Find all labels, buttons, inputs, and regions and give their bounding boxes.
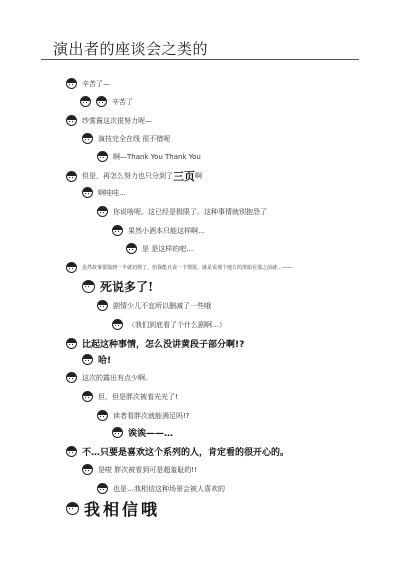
dialogue-text: 辛苦了— <box>82 79 110 89</box>
character-face-icon <box>82 391 93 402</box>
emphasis-text: 三页 <box>173 168 195 184</box>
dialogue-line: 我相信哦 <box>66 497 160 520</box>
dialogue-text: 但，但是胖次被看光光了! <box>98 392 178 402</box>
dialogue-text: 但是，再怎么努力也只分到了 <box>82 171 173 181</box>
character-face-icon <box>66 115 77 126</box>
character-face-icon <box>126 243 137 254</box>
dialogue-line: 也是…我相信这种场景会被人喜欢的 <box>97 483 225 494</box>
character-face-icon <box>66 262 77 273</box>
dialogue-text: 也是…我相信这种场景会被人喜欢的 <box>113 484 225 494</box>
character-face-icon <box>82 187 93 198</box>
dialogue-line: 是 是这样的吧… <box>126 243 193 254</box>
dialogue-line: 读者看胖次就能满足吗!? <box>97 410 190 421</box>
character-face-icon <box>112 319 123 330</box>
dialogue-text: 是 是这样的吧… <box>142 244 193 254</box>
dialogue-text: 读者看胖次就能满足吗!? <box>113 411 190 421</box>
dialogue-line: 是啦 胖次被看到可是超羞耻的!! <box>82 464 197 475</box>
character-face-icon <box>66 171 77 182</box>
dialogue-line: （我们到底看了个什么剧啊…） <box>112 319 226 330</box>
character-face-icon <box>82 280 95 293</box>
character-face-icon <box>80 96 91 107</box>
dialogue-text: 辛苦了 <box>112 97 133 107</box>
dialogue-text: 是啦 胖次被看到可是超羞耻的!! <box>98 465 197 475</box>
dialogue-text: 果然小酒本只能这样啊… <box>128 226 205 236</box>
dialogue-text: 你说啥呢。这已经是极限了。这种事情就别抱怨了 <box>113 207 267 217</box>
dialogue-text: 啊 <box>195 171 202 181</box>
dialogue-line: 啊—Thank You Thank You <box>97 151 201 162</box>
dialogue-line: 果然小酒本只能这样啊… <box>112 225 205 236</box>
dialogue-line: 诶诶——… <box>112 426 173 439</box>
character-face-icon <box>96 96 107 107</box>
title-divider <box>41 59 359 60</box>
dialogue-line: 但是，再怎么努力也只分到了 三页 啊 <box>66 168 202 184</box>
dialogue-line: 哈! <box>82 353 111 366</box>
character-face-icon <box>97 206 108 217</box>
character-face-icon <box>66 338 77 349</box>
dialogue-text: 虽然故事要演到一半就切掉了。但我能且说一下情报。就是说那个地方的黑暗在那之前就…… <box>82 264 292 271</box>
dialogue-line: 你说啥呢。这已经是极限了。这种事情就别抱怨了 <box>97 206 267 217</box>
dialogue-text: 不…只要是喜欢这个系列的人，肯定看的很开心的。 <box>82 445 289 458</box>
dialogue-text: 哈! <box>98 353 111 366</box>
dialogue-text: 剧情少儿不宜所以删减了一些哦 <box>113 301 211 311</box>
dialogue-text: 啊哇哇… <box>98 188 126 198</box>
character-face-icon <box>66 446 77 457</box>
page-title: 演出者的座谈会之类的 <box>53 38 208 59</box>
dialogue-text: 演技完全在线 很不错呢 <box>98 134 170 144</box>
character-face-icon <box>112 225 123 236</box>
dialogue-text: 纱雾酱这次很努力呢— <box>82 116 152 126</box>
dialogue-line: 演技完全在线 很不错呢 <box>82 133 170 144</box>
character-face-icon <box>112 427 123 438</box>
character-face-icon <box>97 300 108 311</box>
dialogue-text: （我们到底看了个什么剧啊…） <box>128 320 226 330</box>
character-face-icon <box>82 133 93 144</box>
character-face-icon <box>97 410 108 421</box>
dialogue-line: 啊哇哇… <box>82 187 126 198</box>
dialogue-text: 这次的露出有点少啊。 <box>82 373 152 383</box>
dialogue-line: 虽然故事要演到一半就切掉了。但我能且说一下情报。就是说那个地方的黑暗在那之前就…… <box>66 262 292 273</box>
dialogue-line: 剧情少儿不宜所以删减了一些哦 <box>97 300 211 311</box>
dialogue-line: 比起这种事情，怎么没讲黄段子部分啊!? <box>66 337 244 350</box>
character-face-icon <box>97 483 108 494</box>
character-face-icon <box>97 151 108 162</box>
dialogue-text: 啊—Thank You Thank You <box>113 152 201 162</box>
dialogue-text: 我相信哦 <box>84 497 160 520</box>
dialogue-line: 辛苦了— <box>66 78 110 89</box>
dialogue-line: 这次的露出有点少啊。 <box>66 372 152 383</box>
character-face-icon <box>66 502 79 515</box>
dialogue-line: 但，但是胖次被看光光了! <box>82 391 178 402</box>
dialogue-text: 诶诶——… <box>128 426 173 439</box>
dialogue-text: 比起这种事情，怎么没讲黄段子部分啊!? <box>82 337 244 350</box>
character-face-icon <box>82 464 93 475</box>
dialogue-line: 辛苦了 <box>80 96 133 107</box>
dialogue-text: 死说多了! <box>100 278 153 295</box>
character-face-icon <box>82 354 93 365</box>
dialogue-line: 不…只要是喜欢这个系列的人，肯定看的很开心的。 <box>66 445 289 458</box>
dialogue-line: 死说多了! <box>82 278 153 295</box>
character-face-icon <box>66 78 77 89</box>
character-face-icon <box>66 372 77 383</box>
dialogue-line: 纱雾酱这次很努力呢— <box>66 115 152 126</box>
